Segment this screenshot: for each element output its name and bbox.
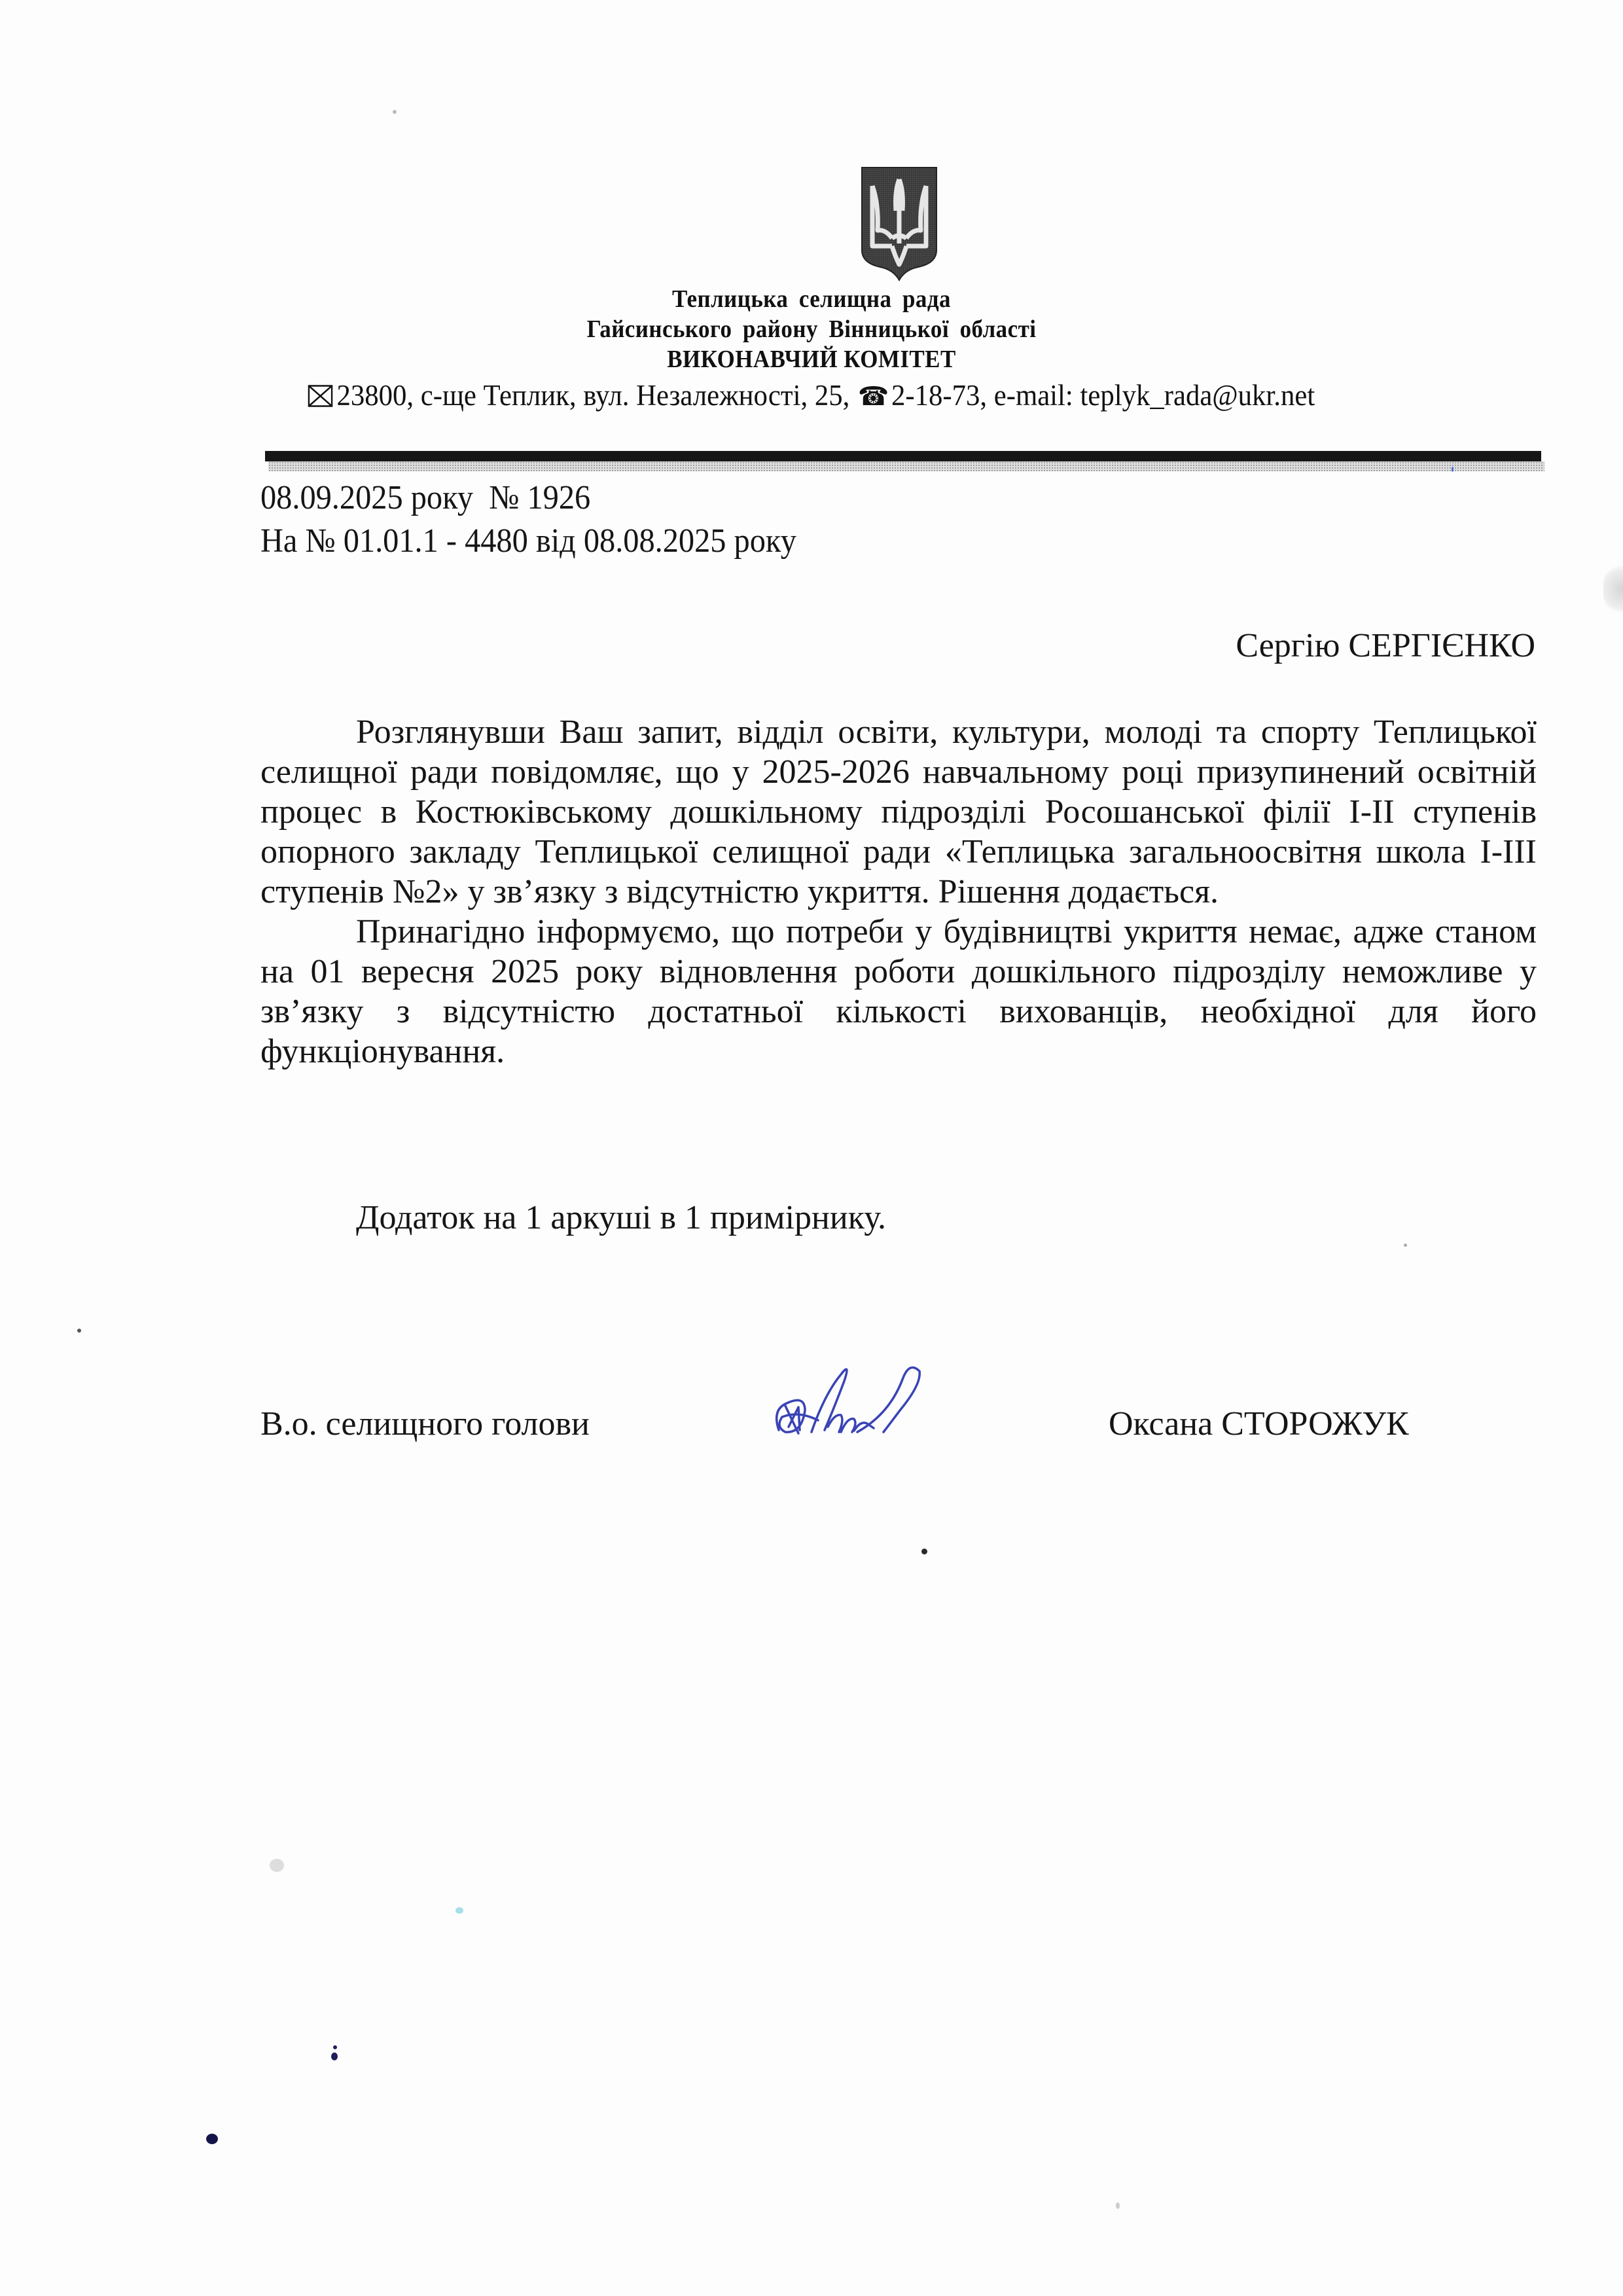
body-paragraph-1: Розглянувши Ваш запит, відділ освіти, ку… — [260, 712, 1537, 912]
scan-edge-shadow — [1603, 563, 1623, 615]
letterhead: Теплицька селищна рада Гайсинського райо… — [0, 284, 1623, 415]
header-divider-shadow — [268, 461, 1544, 471]
document-page: Теплицька селищна рада Гайсинського райо… — [0, 0, 1623, 2296]
scan-speck — [1116, 2202, 1120, 2209]
attachment-note: Додаток на 1 аркуші в 1 примірнику. — [356, 1198, 886, 1238]
signatory-title: В.о. селищного голови — [260, 1404, 590, 1444]
scan-speck — [921, 1549, 927, 1554]
org-body: ВИКОНАВЧИЙ КОМІТЕТ — [65, 344, 1558, 374]
scan-speck — [393, 110, 397, 114]
phone-number: 2-18-73, — [891, 379, 987, 412]
contact-line: 23800, с-ще Теплик, вул. Незалежності, 2… — [41, 377, 1582, 415]
postal-address: 23800, с-ще Теплик, вул. Незалежності, 2… — [336, 379, 849, 412]
scan-speck — [331, 2053, 338, 2060]
scan-speck — [1404, 1244, 1407, 1247]
email-address[interactable]: teplyk_rada@ukr.net — [1080, 379, 1315, 412]
reference-block: 08.09.2025 року № 1926 На № 01.01.1 - 44… — [260, 476, 796, 563]
envelope-icon — [308, 385, 333, 407]
scan-speck — [77, 1329, 81, 1333]
body-paragraph-2: Принагідно інформуємо, що потреби у буді… — [260, 912, 1537, 1071]
incoming-reference: На № 01.01.1 - 4480 від 08.08.2025 року — [260, 520, 796, 563]
header-divider — [265, 451, 1541, 461]
scan-speck — [455, 1907, 463, 1914]
scan-speck — [333, 2045, 337, 2049]
outgoing-number: 08.09.2025 року № 1926 — [260, 476, 796, 520]
scan-speck — [1452, 467, 1454, 472]
scan-speck — [270, 1859, 284, 1872]
scan-speck — [206, 2134, 218, 2144]
handwritten-signature — [759, 1348, 955, 1446]
addressee: Сергію СЕРГІЄНКО — [1236, 626, 1535, 666]
org-name: Теплицька селищна рада — [65, 284, 1558, 314]
coat-of-arms-icon — [859, 165, 939, 283]
phone-icon: ☎ — [858, 378, 889, 415]
letter-body: Розглянувши Ваш запит, відділ освіти, ку… — [260, 712, 1537, 1071]
org-region: Гайсинського району Вінницької області — [65, 314, 1558, 344]
email-label: e-mail: — [994, 379, 1073, 412]
signatory-name: Оксана СТОРОЖУК — [1109, 1404, 1409, 1444]
